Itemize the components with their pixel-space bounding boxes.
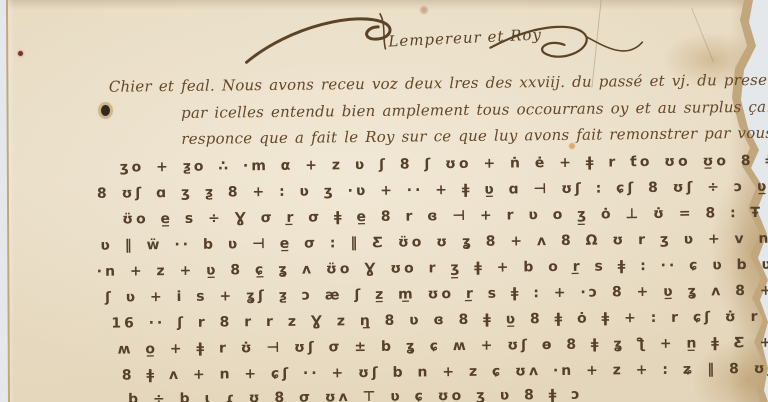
- cipher-line: ·n + z + ʋ̲ 8 ɕ̲ ʓ ʌ ʊ̈o Ɣ ʊo r ʒ̲ ǂ + b…: [97, 255, 768, 280]
- manuscript-content: Lempereur et Roy Chier et feal. Nous avo…: [0, 0, 768, 402]
- cipher-line: ʒo + ƺo ∴ ·m α + z ʋ ʃ 8 ʃ ʊo + ṅ ė + ǂ …: [120, 151, 768, 176]
- cipher-line: ʋ ‖ ẅ ·· b ʋ ⊣ e̲ σ : ‖ Ƹ ʊ̈o ʊ ʓ 8 + ʌ …: [100, 229, 768, 254]
- cipher-line: ʍ o̲ + ǂ r ʊ̇ ⊣ ʊʃ σ ± b ʓ ɕ ʍ + ʊʃ ɵ 8 …: [117, 334, 768, 358]
- cipher-line: 16 ·· ʃ r 8 r r z Ɣ z ƞ̲ 8 ʋ ɞ 8 ǂ ʋ̲ 8 …: [111, 309, 768, 332]
- cipher-line: ʃ ʋ + i s + ʓʃ ƺ ɔ æ ʃ z̲ m̲ ʊo r̲ s ǂ :…: [105, 281, 768, 306]
- handwritten-line: par icelles entendu bien amplement tous …: [181, 97, 768, 122]
- handwritten-line: Chier et feal. Nous avons receu voz deux…: [109, 70, 768, 95]
- cipher-line: ʊ̈o e̲ s ÷ Ɣ σ r̲ σ ǂ e̲ 8 r ɞ ⊣ + r ʋ o…: [122, 203, 768, 227]
- cipher-line: 8 ǂ ʌ + n + ɕʃ ·· + ʊʃ b n + z ɕ ʊʌ ·n +…: [122, 359, 768, 383]
- cipher-line: 8 ʊʃ ɑ ʒ ƺ 8 + : ʋ ʒ ·ʋ + ·· + ǂ ʋ̲ ɑ ⊣ …: [97, 177, 768, 202]
- handwritten-line: responce que a fait le Roy sur ce que lu…: [181, 123, 768, 148]
- photo-background: Lempereur et Roy Chier et feal. Nous avo…: [0, 0, 768, 402]
- cipher-line: b ÷ b ɩ ɾ ʊ 8 σ ʊʌ ⊤ ʋ ɕ ʊo ʒ ʋ 8 ǂ ɔ: [128, 387, 583, 402]
